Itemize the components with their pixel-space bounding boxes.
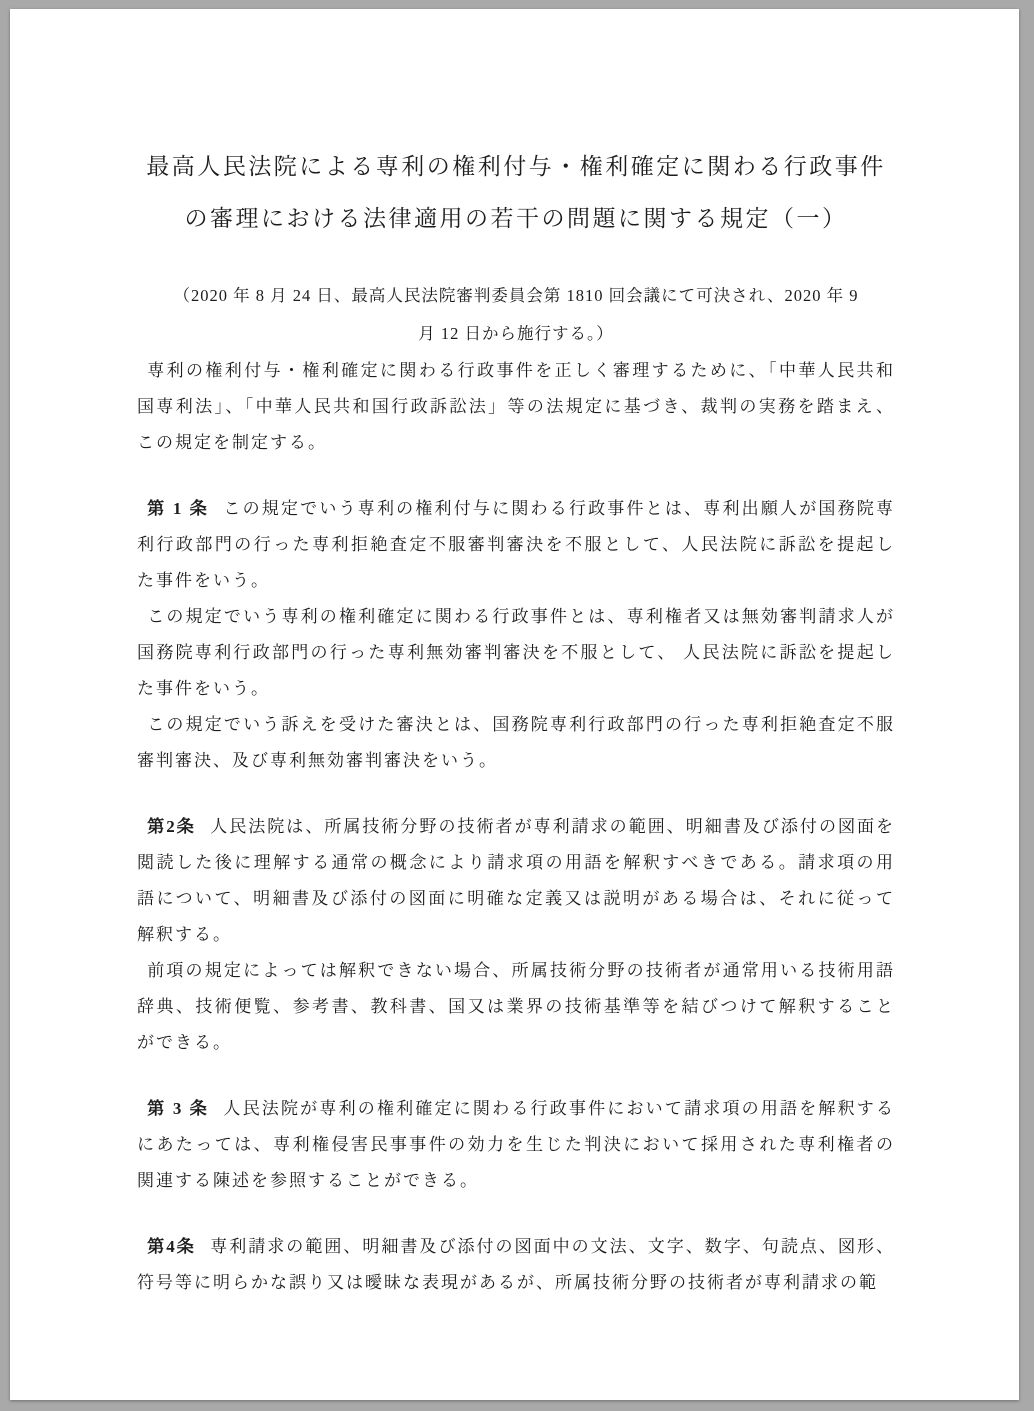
article-2-paragraph-text: 人民法院は、所属技術分野の技術者が専利請求の範囲、明細書及び添付の図面を閲読した… <box>137 817 895 944</box>
title-line-2: の審理における法律適用の若干の問題に関する規定（一） <box>137 193 895 245</box>
article-1-paragraph-text: この規定でいう専利の権利付与に関わる行政事件とは、専利出願人が国務院専利行政部門… <box>137 499 895 590</box>
article-1-paragraph-3: この規定でいう訴えを受けた審決とは、国務院専利行政部門の行った専利拒絶査定不服審… <box>137 707 895 779</box>
article-2-first-paragraph: 第2条人民法院は、所属技術分野の技術者が専利請求の範囲、明細書及び添付の図面を閲… <box>137 809 895 953</box>
enactment-note: （2020 年 8 月 24 日、最高人民法院審判委員会第 1810 回会議にて… <box>137 277 895 353</box>
article-3-paragraph-text: 人民法院が専利の権利確定に関わる行政事件において請求項の用語を解釈するにあたって… <box>137 1099 895 1190</box>
article-4-label: 第4条 <box>147 1237 196 1256</box>
article-3-label: 第 3 条 <box>147 1099 209 1118</box>
document-title: 最高人民法院による専利の権利付与・権利確定に関わる行政事件 の審理における法律適… <box>137 141 895 245</box>
article-2: 第2条人民法院は、所属技術分野の技術者が専利請求の範囲、明細書及び添付の図面を閲… <box>137 809 895 1061</box>
article-2-paragraph-2: 前項の規定によっては解釈できない場合、所属技術分野の技術者が通常用いる技術用語辞… <box>137 953 895 1061</box>
document-viewer: { "colors": { "frame_background": "#a9a9… <box>0 0 1034 1411</box>
article-4-paragraph-text: 専利請求の範囲、明細書及び添付の図面中の文法、文字、数字、句読点、図形、符号等に… <box>137 1237 895 1292</box>
article-3: 第 3 条人民法院が専利の権利確定に関わる行政事件において請求項の用語を解釈する… <box>137 1091 895 1199</box>
article-4: 第4条専利請求の範囲、明細書及び添付の図面中の文法、文字、数字、句読点、図形、符… <box>137 1229 895 1301</box>
enactment-note-line-1: （2020 年 8 月 24 日、最高人民法院審判委員会第 1810 回会議にて… <box>137 277 895 315</box>
article-3-first-paragraph: 第 3 条人民法院が専利の権利確定に関わる行政事件において請求項の用語を解釈する… <box>137 1091 895 1199</box>
preamble-paragraph: 専利の権利付与・権利確定に関わる行政事件を正しく審理するために、「中華人民共和国… <box>137 353 895 461</box>
document-content: 最高人民法院による専利の権利付与・権利確定に関わる行政事件 の審理における法律適… <box>10 9 1019 1301</box>
title-line-1: 最高人民法院による専利の権利付与・権利確定に関わる行政事件 <box>137 141 895 193</box>
article-2-label: 第2条 <box>147 817 196 836</box>
article-1-paragraph-2: この規定でいう専利の権利確定に関わる行政事件とは、専利権者又は無効審判請求人が国… <box>137 599 895 707</box>
article-1-first-paragraph: 第 1 条この規定でいう専利の権利付与に関わる行政事件とは、専利出願人が国務院専… <box>137 491 895 599</box>
article-4-first-paragraph: 第4条専利請求の範囲、明細書及び添付の図面中の文法、文字、数字、句読点、図形、符… <box>137 1229 895 1301</box>
enactment-note-line-2: 月 12 日から施行する。） <box>137 315 895 353</box>
article-1: 第 1 条この規定でいう専利の権利付与に関わる行政事件とは、専利出願人が国務院専… <box>137 491 895 779</box>
article-1-label: 第 1 条 <box>147 499 209 518</box>
document-page: 最高人民法院による専利の権利付与・権利確定に関わる行政事件 の審理における法律適… <box>10 9 1019 1400</box>
